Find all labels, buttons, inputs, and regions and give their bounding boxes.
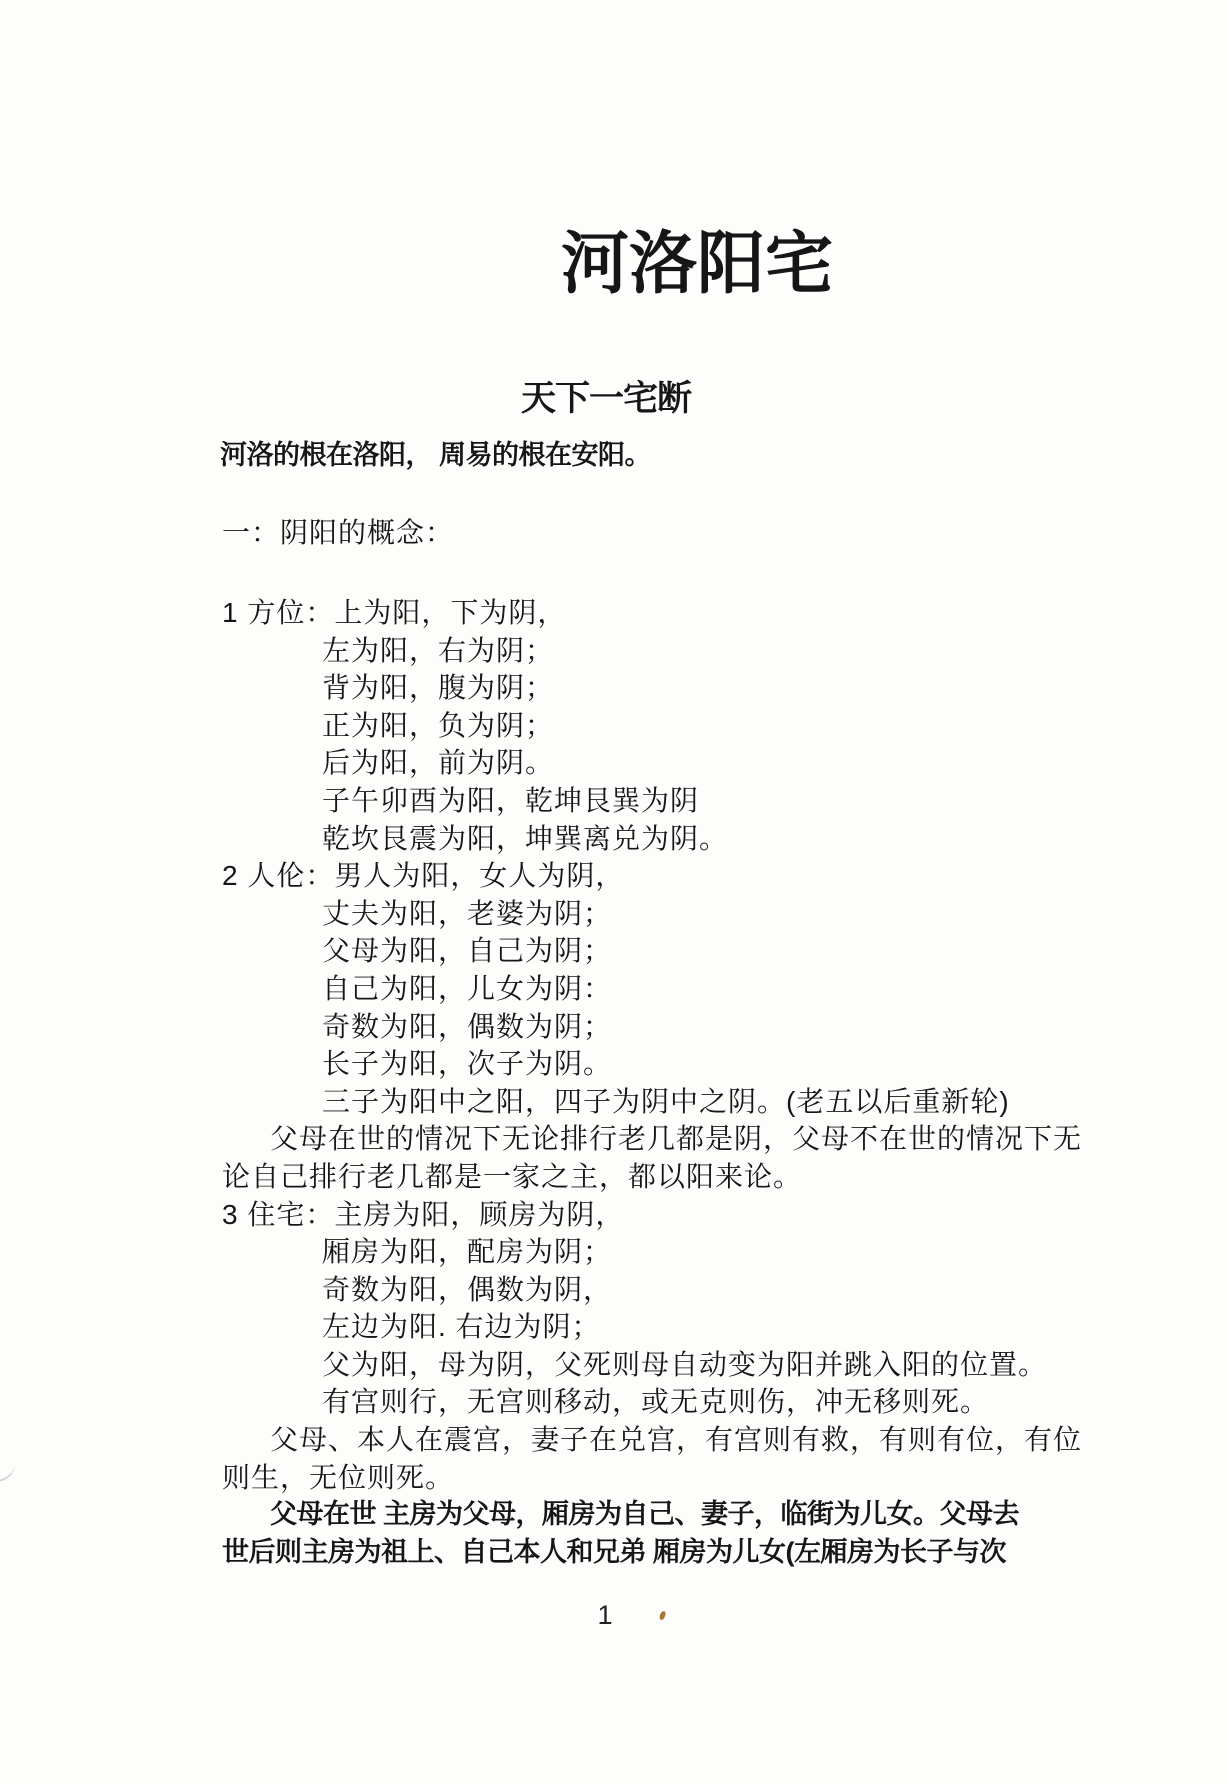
text-line: 1 方位：上为阳，下为阴， [222,594,1052,632]
document-page: 河洛阳宅 天下一宅断 河洛的根在洛阳， 周易的根在安阳。 一：阴阳的概念： 1 … [0,0,1229,1785]
text-line: 左为阳，右为阴； [222,632,1052,670]
text-line: 后为阳，前为阴。 [222,744,1052,782]
text-line: 长子为阳，次子为阴。 [222,1045,1052,1083]
chapter-subtitle: 天下一宅断 [521,380,691,418]
text-line: 论自己排行老几都是一家之主，都以阳来论。 [222,1158,1052,1196]
scan-artifact [0,1460,18,1483]
body-text: 1 方位：上为阳，下为阴，左为阳，右为阴；背为阳，腹为阴；正为阳，负为阴；后为阳… [222,594,1052,1571]
text-line: 乾坎艮震为阳，坤巽离兑为阴。 [222,820,1052,858]
text-line: 世后则主房为祖上、自己本人和兄弟 厢房为儿女(左厢房为长子与次 [222,1534,1052,1572]
text-line: 子午卯酉为阳，乾坤艮巽为阴 [222,782,1052,820]
text-line: 父母为阳，自己为阴； [222,932,1052,970]
page-number: 1 [560,1600,650,1630]
text-line: 丈夫为阳，老婆为阴； [222,895,1052,933]
text-line: 父母在世的情况下无论排行老几都是阴，父母不在世的情况下无 [222,1120,1052,1158]
text-line: 则生，无位则死。 [222,1459,1052,1497]
intro-line: 河洛的根在洛阳， 周易的根在安阳。 [220,440,651,470]
text-line: 正为阳，负为阴； [222,707,1052,745]
page-title: 河洛阳宅 [561,228,833,300]
text-line: 父为阳，母为阴，父死则母自动变为阳并跳入阳的位置。 [222,1346,1052,1384]
text-line: 左边为阳. 右边为阴； [222,1308,1052,1346]
text-line: 父母在世 主房为父母，厢房为自己、妻子，临街为儿女。父母去 [222,1496,1052,1534]
text-line: 三子为阳中之阳，四子为阴中之阴。(老五以后重新轮) [222,1083,1052,1121]
text-line: 2 人伦：男人为阳，女人为阴， [222,857,1052,895]
text-line: 3 住宅：主房为阳，顾房为阴， [222,1196,1052,1234]
text-line: 奇数为阳，偶数为阴； [222,1008,1052,1046]
text-line: 背为阳，腹为阴； [222,669,1052,707]
text-line: 自己为阳，儿女为阴： [222,970,1052,1008]
text-line: 父母、本人在震宫，妻子在兑宫，有宫则有救，有则有位，有位 [222,1421,1052,1459]
text-line: 奇数为阳，偶数为阴， [222,1271,1052,1309]
text-line: 厢房为阳，配房为阴； [222,1233,1052,1271]
ink-speck [659,1610,667,1620]
text-line: 有宫则行，无宫则移动，或无克则伤，冲无移则死。 [222,1383,1052,1421]
concept-heading: 一：阴阳的概念： [222,518,454,548]
